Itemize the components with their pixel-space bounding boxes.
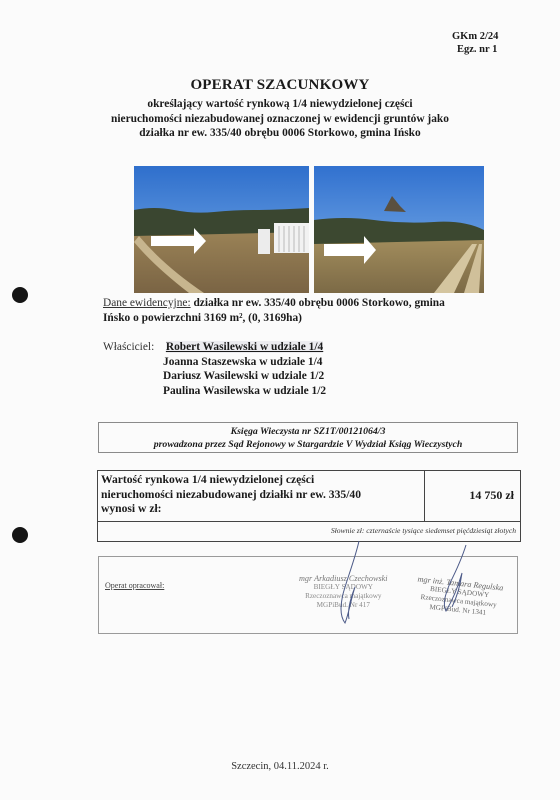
property-photo-1	[134, 166, 309, 293]
field-photo-with-arrow-icon	[134, 166, 309, 293]
document-reference: GKm 2/24 Egz. nr 1	[452, 30, 498, 56]
subtitle-line: nieruchomości niezabudowanej oznaczonej …	[0, 112, 560, 127]
prepared-by-label: Operat opracował:	[105, 581, 164, 590]
valuation-row: Wartość rynkowa 1/4 niewydzielonej częśc…	[98, 471, 520, 522]
appraiser-stamp: mgr Arkadiusz Czechowski BIEGŁY SĄDOWY R…	[299, 574, 388, 610]
valuation-description: Wartość rynkowa 1/4 niewydzielonej częśc…	[101, 473, 391, 517]
valuation-description-line: Wartość rynkowa 1/4 niewydzielonej częśc…	[101, 473, 391, 488]
registry-data: Dane ewidencyjne: działka nr ew. 335/40 …	[103, 296, 523, 325]
subtitle-line: działka nr ew. 335/40 obrębu 0006 Storko…	[0, 126, 560, 141]
owner-item: Dariusz Wasilewski w udziale 1/2	[163, 370, 324, 382]
land-register-box: Księga Wieczysta nr SZ1T/00121064/3 prow…	[98, 422, 518, 453]
valuation-box: Wartość rynkowa 1/4 niewydzielonej częśc…	[97, 470, 521, 542]
valuation-amount: 14 750 zł	[469, 488, 514, 503]
land-register-number: Księga Wieczysta nr SZ1T/00121064/3	[99, 425, 517, 438]
appraiser-role: Rzeczoznawca majątkowy	[299, 592, 388, 601]
owner-item: Paulina Wasilewska w udziale 1/2	[163, 385, 326, 397]
valuation-in-words: Słownie zł: czternaście tysiące siedemse…	[331, 526, 516, 535]
valuation-description-line: wynosi w zł:	[101, 502, 391, 517]
place-and-date: Szczecin, 04.11.2024 r.	[0, 761, 560, 772]
owners-section: Właściciel: Robert Wasilewski w udziale …	[103, 340, 326, 398]
valuation-description-line: nieruchomości niezabudowanej działki nr …	[101, 488, 391, 503]
document-title: OPERAT SZACUNKOWY	[0, 77, 560, 94]
column-divider	[424, 471, 425, 521]
registry-line-2: Ińsko o powierzchni 3169 m², (0, 3169ha)	[103, 312, 302, 324]
punch-hole	[12, 287, 28, 303]
document-subtitle: określający wartość rynkową 1/4 niewydzi…	[0, 97, 560, 141]
registry-line-1: działka nr ew. 335/40 obrębu 0006 Storko…	[193, 297, 444, 309]
signatures-box: Operat opracował: mgr Arkadiusz Czechows…	[98, 556, 518, 634]
property-photo-2	[314, 166, 484, 293]
land-register-court: prowadzona przez Sąd Rejonowy w Stargard…	[99, 438, 517, 451]
appraiser-stamp: mgr inż. Tamara Regulska BIEGŁY SĄDOWY R…	[414, 575, 503, 620]
copy-number: Egz. nr 1	[452, 43, 498, 56]
field-road-photo-with-arrow-icon	[314, 166, 484, 293]
owner-item: Robert Wasilewski w udziale 1/4	[166, 341, 323, 353]
punch-hole	[12, 527, 28, 543]
subtitle-line: określający wartość rynkową 1/4 niewydzi…	[0, 97, 560, 112]
owners-label: Właściciel:	[103, 340, 163, 355]
appraiser-license: MGPiBud. Nr 417	[299, 601, 388, 610]
appraiser-title: BIEGŁY SĄDOWY	[299, 583, 388, 592]
appraiser-name: mgr Arkadiusz Czechowski	[299, 574, 388, 583]
registry-label: Dane ewidencyjne:	[103, 297, 191, 309]
owner-item: Joanna Staszewska w udziale 1/4	[163, 356, 323, 368]
reference-number: GKm 2/24	[452, 30, 498, 43]
